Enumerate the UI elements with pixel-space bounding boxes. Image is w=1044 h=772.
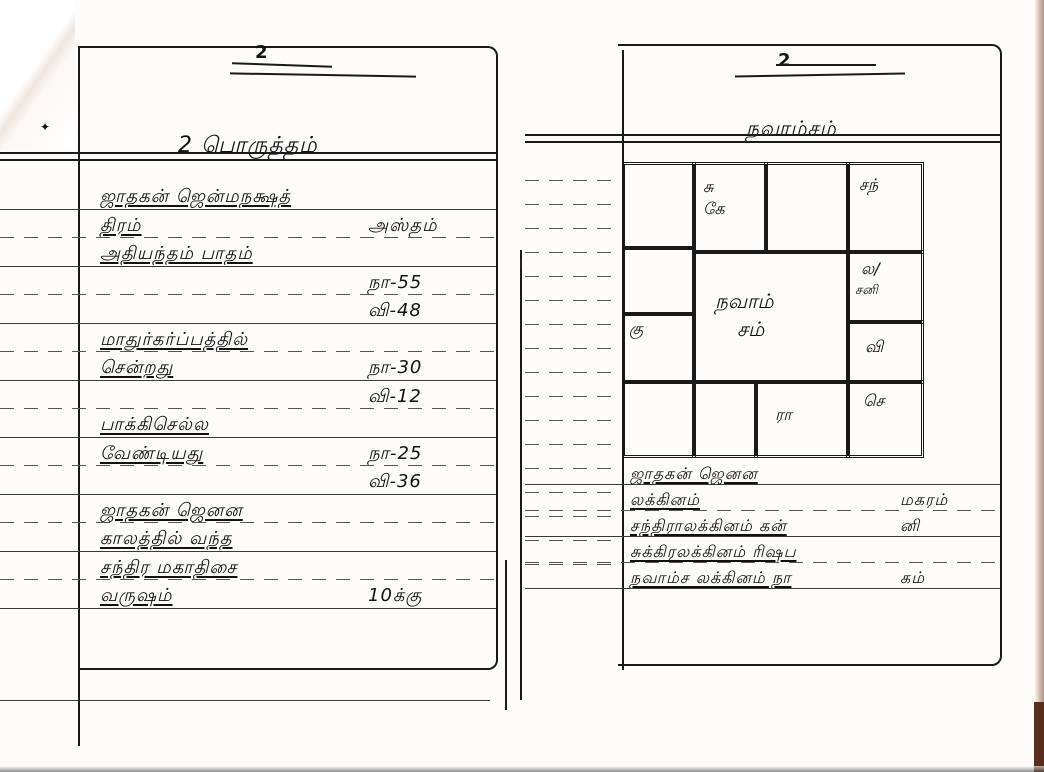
- heading-double-rule: [0, 152, 496, 161]
- planet-label: சந்: [859, 175, 878, 194]
- ruled-line: [525, 468, 620, 469]
- handwritten-value: நா-30: [368, 357, 422, 380]
- chart-cell: வி: [846, 320, 924, 384]
- handwritten-line: சென்றது: [100, 357, 173, 380]
- scan-bottom-edge: [0, 766, 1044, 772]
- scanned-notebook: 2 ✦ 2 பொருத்தம் ஜாதகன் ஜென்மநக்ஷத்திரம்அ…: [0, 0, 1044, 772]
- chart-cell: செ: [846, 380, 924, 458]
- handwritten-line: நவாம்ச லக்கினம் நா: [630, 568, 791, 589]
- ruled-line: [0, 522, 496, 523]
- ruled-line: [525, 372, 620, 373]
- ruled-line: [525, 492, 620, 493]
- ruled-line: [525, 276, 620, 277]
- handwritten-value: நா-55: [368, 272, 422, 295]
- ruled-line: [525, 348, 620, 349]
- handwritten-value: கம்: [900, 568, 925, 589]
- chart-cell: ரா: [754, 380, 850, 458]
- ruled-line: [525, 180, 620, 181]
- left-page-margin: [78, 46, 80, 746]
- ruled-line: [0, 700, 490, 701]
- binding-line: [505, 560, 507, 710]
- ruled-line: [0, 551, 496, 552]
- planet-label: ல/: [861, 259, 880, 278]
- margin-mark: ✦: [40, 120, 51, 134]
- ruled-line: [525, 420, 620, 421]
- handwritten-value: அஸ்தம்: [368, 215, 438, 238]
- folded-page-corner: [0, 0, 75, 150]
- chart-cell: [622, 246, 696, 316]
- handwritten-value: வி-12: [368, 386, 422, 409]
- handwritten-line: வருஷம்: [100, 585, 173, 608]
- handwritten-line: சந்திராலக்கினம் கன்: [630, 516, 787, 537]
- planet-label: வி: [865, 337, 883, 356]
- ruled-line: [525, 444, 620, 445]
- ruled-line: [525, 252, 620, 253]
- planet-label: கே: [703, 199, 725, 218]
- planet-label: சு: [703, 177, 713, 196]
- ruled-line: [525, 484, 1000, 485]
- handwritten-value: வி-36: [368, 471, 422, 494]
- handwritten-value: நா-25: [368, 443, 422, 466]
- handwritten-line: அதியந்தம் பாதம்: [100, 243, 253, 266]
- ruled-line: [525, 540, 620, 541]
- table-edge: [1034, 0, 1044, 772]
- handwritten-line: லக்கினம்: [630, 490, 700, 511]
- table-corner: [1034, 702, 1044, 772]
- ruled-line: [525, 228, 620, 229]
- binding-line: [520, 250, 522, 700]
- chart-cell: [622, 380, 696, 458]
- chart-center: நவாம் சம்: [692, 250, 850, 384]
- chart-cell: [692, 380, 758, 458]
- planet-label: ரா: [775, 405, 792, 424]
- ruled-line: [525, 516, 620, 517]
- ruled-line: [525, 204, 620, 205]
- handwritten-line: ஜாதகன் ஜெனன: [100, 500, 243, 523]
- handwritten-line: மாதுர்கர்ப்பத்தில்: [100, 329, 248, 352]
- handwritten-line: சந்திர மகாதிசை: [100, 557, 237, 580]
- ruled-line: [0, 437, 496, 438]
- left-page-number: 2: [255, 42, 269, 63]
- handwritten-line: திரம்: [100, 215, 142, 238]
- right-page-number: 2: [778, 50, 792, 71]
- chart-cell: சந்: [846, 162, 924, 254]
- handwritten-line: காலத்தில் வந்த: [100, 528, 233, 551]
- handwritten-line: ஜாதகன் ஜெனன: [630, 464, 758, 485]
- handwritten-value: மகரம்: [900, 490, 948, 511]
- chart-cell: கு: [622, 312, 696, 384]
- chart-center-label: சம்: [737, 317, 764, 341]
- planet-label: கு: [629, 319, 643, 338]
- ruled-line: [525, 324, 620, 325]
- handwritten-line: ஜாதகன் ஜென்மநக்ஷத்: [100, 186, 291, 209]
- handwritten-value: 10க்கு: [368, 585, 422, 608]
- chart-cell: ல/ சனி: [846, 250, 924, 324]
- chart-cell: [622, 162, 696, 250]
- handwritten-value: வி-48: [368, 300, 422, 323]
- planet-label: செ: [863, 391, 884, 410]
- navamsam-chart: சு கே சந் கு நவாம் சம் ல/ சனி வி ரா செ: [622, 162, 924, 458]
- ruled-line: [0, 579, 496, 580]
- chart-cell: [764, 162, 850, 254]
- chart-center-label: நவாம்: [715, 289, 774, 313]
- handwritten-line: வேண்டியது: [100, 443, 203, 466]
- planet-label: சனி: [855, 283, 878, 299]
- ruled-line: [525, 564, 620, 565]
- handwritten-line: சுக்கிரலக்கினம் ரிஷப: [630, 542, 796, 563]
- ruled-line: [525, 396, 620, 397]
- page-number-underline: [776, 64, 876, 66]
- ruled-line: [525, 300, 620, 301]
- heading-double-rule: [525, 134, 1000, 143]
- chart-cell: சு கே: [692, 162, 768, 254]
- handwritten-line: பாக்கிசெல்ல: [100, 414, 209, 437]
- handwritten-value: னி: [900, 516, 920, 537]
- binding-mark: [520, 258, 522, 270]
